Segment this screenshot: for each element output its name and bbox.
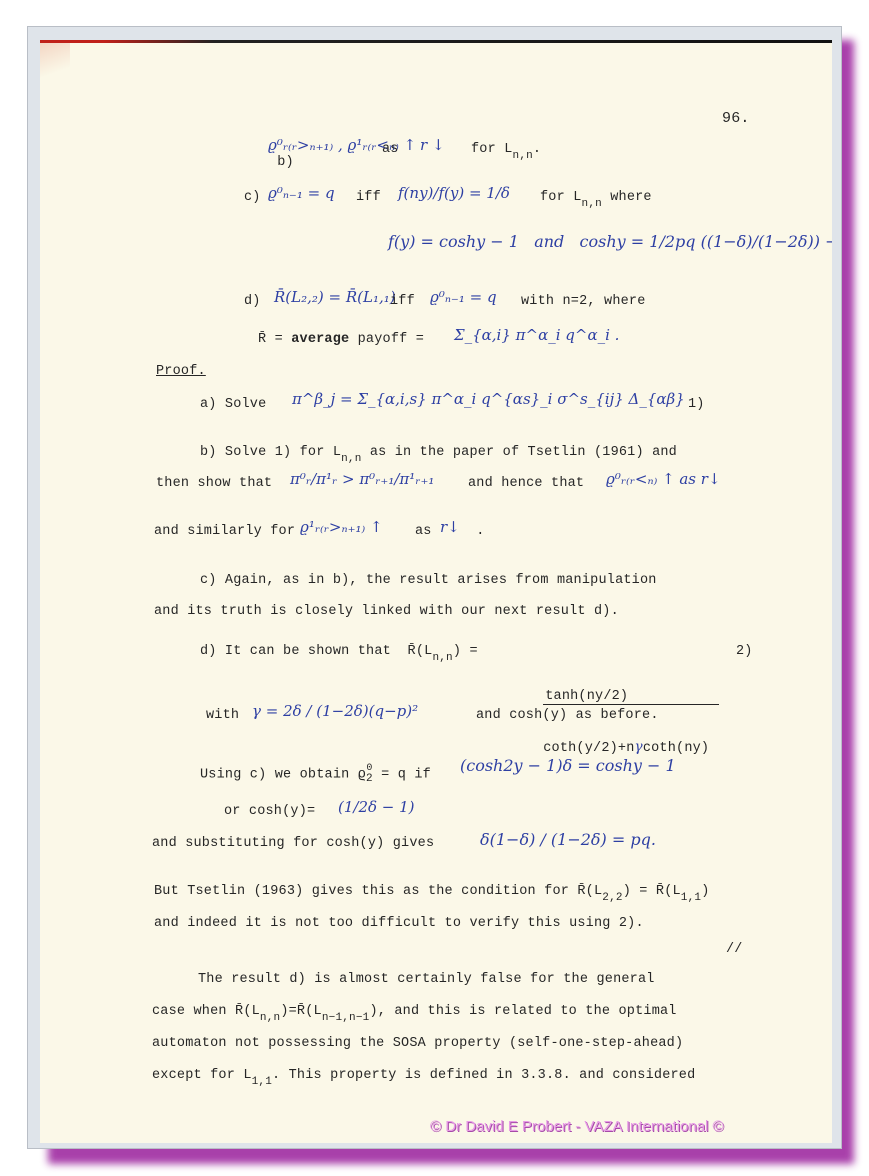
denominator-part-a: coth(y/2)+n <box>543 741 634 756</box>
paper-corner-stain <box>40 43 70 83</box>
statement-c-end: where <box>602 190 652 205</box>
statement-b-end: . <box>533 142 541 157</box>
proof-d-handwritten-pq: δ(1−δ) / (1−2δ) = pq. <box>480 830 656 849</box>
proof-b-handwritten-rho: ϱ⁰ᵣ₍ᵣ<ₙ₎ ↑ as r↓ <box>606 470 721 488</box>
proof-c-line1: c) Again, as in b), the result arises fr… <box>200 573 657 588</box>
equation-number-2: 2) <box>736 644 753 659</box>
denominator-gamma: γ <box>635 739 643 755</box>
tsetlin-mid: ) = R̄(L <box>623 884 681 899</box>
proof-d-or: or cosh(y)= <box>224 804 315 819</box>
closing-line4-b: . This property is defined in 3.3.8. and… <box>272 1068 695 1083</box>
tsetlin-line2: and indeed it is not too difficult to ve… <box>154 916 644 931</box>
proof-b-line3: and similarly for <box>154 524 295 539</box>
closing-line2-sub1: n,n <box>260 1012 280 1024</box>
proof-d-with: with <box>206 708 239 723</box>
statement-d-iff: iff <box>390 294 415 309</box>
proof-a-text: a) Solve <box>200 397 266 412</box>
statement-b-as: as <box>382 142 399 157</box>
closing-line4: except for L1,1. This property is define… <box>152 1068 695 1083</box>
statement-d-label: d) <box>244 294 261 309</box>
using-sub: 2 <box>366 774 373 784</box>
closing-line2-b: )=R̄(L <box>280 1004 322 1019</box>
using-mid: = q if <box>373 768 431 783</box>
statement-c-label: c) <box>244 190 261 205</box>
statement-c-handwritten-definition: f(y) = coshy − 1 and coshy = 1/2pq ((1−δ… <box>388 232 832 251</box>
statement-c-iff: iff <box>356 190 381 205</box>
statement-c-tail: for Ln,n where <box>540 190 652 205</box>
rbar-payoff: payoff = <box>349 332 432 347</box>
copyright-watermark: © Dr David E Probert - VAZA Internationa… <box>430 1118 724 1135</box>
statement-b-label: b) <box>277 155 294 170</box>
fraction-numerator: tanh(ny/2) <box>543 689 719 705</box>
proof-b-line1: b) Solve 1) for Ln,n as in the paper of … <box>200 445 677 460</box>
closing-line3: automaton not possessing the SOSA proper… <box>152 1036 683 1051</box>
paper-top-edge <box>40 40 832 43</box>
proof-b-handwritten-arrow: r↓ <box>440 518 460 536</box>
statement-c-tail-text: for L <box>540 190 582 205</box>
proof-a-handwritten-equation: π^β_j = Σ_{α,i,s} π^α_i q^{αs}_i σ^s_{ij… <box>292 390 685 408</box>
using-sup: 0 <box>366 764 373 774</box>
rbar-definition: R̄ = average payoff = <box>258 332 432 347</box>
rbar-average: average <box>291 332 349 347</box>
statement-c-handwritten-ratio: f(ny)/f(y) = 1/δ <box>398 184 510 202</box>
proof-b-handwritten-ratio: π⁰ᵣ/π¹ᵣ > π⁰ᵣ₊₁/π¹ᵣ₊₁ <box>290 470 434 488</box>
proof-d-rbar-sub: n,n <box>432 652 452 664</box>
rbar-handwritten-sum: Σ_{α,i} π^α_i q^α_i . <box>454 326 619 344</box>
qed-mark: // <box>726 942 743 957</box>
statement-b-sub: n,n <box>513 150 533 162</box>
tsetlin-line1: But Tsetlin (1963) gives this as the con… <box>154 884 710 899</box>
proof-b-line2: then show that <box>156 476 272 491</box>
using-text: Using c) we obtain ϱ <box>200 768 366 783</box>
proof-c-line2: and its truth is closely linked with our… <box>154 604 619 619</box>
tsetlin-end: ) <box>701 884 709 899</box>
proof-b-line1-tail: as in the paper of Tsetlin (1961) and <box>362 445 677 460</box>
proof-d-line1: d) It can be shown that R̄(Ln,n) = <box>200 644 478 659</box>
proof-d-line1-text: d) It can be shown that <box>200 644 391 659</box>
proof-d-handwritten-cosh: (cosh2y − 1)δ = coshy − 1 <box>460 756 676 775</box>
page-number: 96. <box>722 110 750 127</box>
proof-d-using: Using c) we obtain ϱ02 = q if <box>200 764 431 784</box>
denominator-part-b: coth(ny) <box>643 741 709 756</box>
proof-d-handwritten-gamma: γ = 2δ / (1−2δ)(q−p)² <box>252 702 418 720</box>
closing-line4-sub: 1,1 <box>252 1076 272 1088</box>
proof-d-subst: and substituting for cosh(y) gives <box>152 836 434 851</box>
statement-b-handwritten-arrow: r ↓ <box>420 136 445 154</box>
document-page: 96. b) ϱ⁰ᵣ₍ᵣ>ₙ₊₁₎ , ϱ¹ᵣ₍ᵣ<ₙ₎ ↑ as r ↓ fo… <box>40 40 832 1143</box>
statement-c-handwritten-rho: ϱ⁰ₙ₋₁ = q <box>268 184 335 202</box>
rbar-label: R̄ = <box>258 332 291 347</box>
equation-number-1: 1) <box>688 397 705 412</box>
proof-b-end: . <box>468 524 485 539</box>
statement-d-handwritten-rho: ϱ⁰ₙ₋₁ = q <box>430 288 497 306</box>
fraction-denominator: coth(y/2)+nγcoth(ny) <box>543 735 719 756</box>
proof-b-handwritten-rho1: ϱ¹ᵣ₍ᵣ>ₙ₊₁₎ ↑ <box>300 518 383 536</box>
closing-line1: The result d) is almost certainly false … <box>198 972 655 987</box>
tsetlin-line1-text: But Tsetlin (1963) gives this as the con… <box>154 884 602 899</box>
proof-d-rbar: R̄(L <box>408 644 433 659</box>
closing-line2-a: case when R̄(L <box>152 1004 260 1019</box>
statement-b-tail-text: for L <box>471 142 513 157</box>
statement-d-handwritten-rbar: R̄(L₂,₂) = R̄(L₁,₁) <box>274 288 396 306</box>
tsetlin-sub1: 2,2 <box>602 892 622 904</box>
tsetlin-sub2: 1,1 <box>681 892 701 904</box>
closing-line2-sub2: n−1,n−1 <box>322 1012 370 1024</box>
proof-d-handwritten-or: (1/2δ − 1) <box>338 798 415 816</box>
proof-b-sub: n,n <box>341 453 361 465</box>
closing-line2-c: ), and this is related to the optimal <box>369 1004 676 1019</box>
statement-d-tail: with n=2, where <box>521 294 646 309</box>
proof-b-as: as <box>415 524 432 539</box>
closing-line4-a: except for L <box>152 1068 252 1083</box>
proof-b-line1-text: b) Solve 1) for L <box>200 445 341 460</box>
proof-d-rbar-end: ) = <box>453 644 478 659</box>
statement-b-tail: for Ln,n. <box>471 142 541 157</box>
statement-c-sub: n,n <box>582 198 602 210</box>
closing-line2: case when R̄(Ln,n)=R̄(Ln−1,n−1), and thi… <box>152 1004 677 1019</box>
proof-b-line2-mid: and hence that <box>468 476 584 491</box>
proof-d-with-tail: and cosh(y) as before. <box>476 708 659 723</box>
proof-heading: Proof. <box>156 364 206 379</box>
